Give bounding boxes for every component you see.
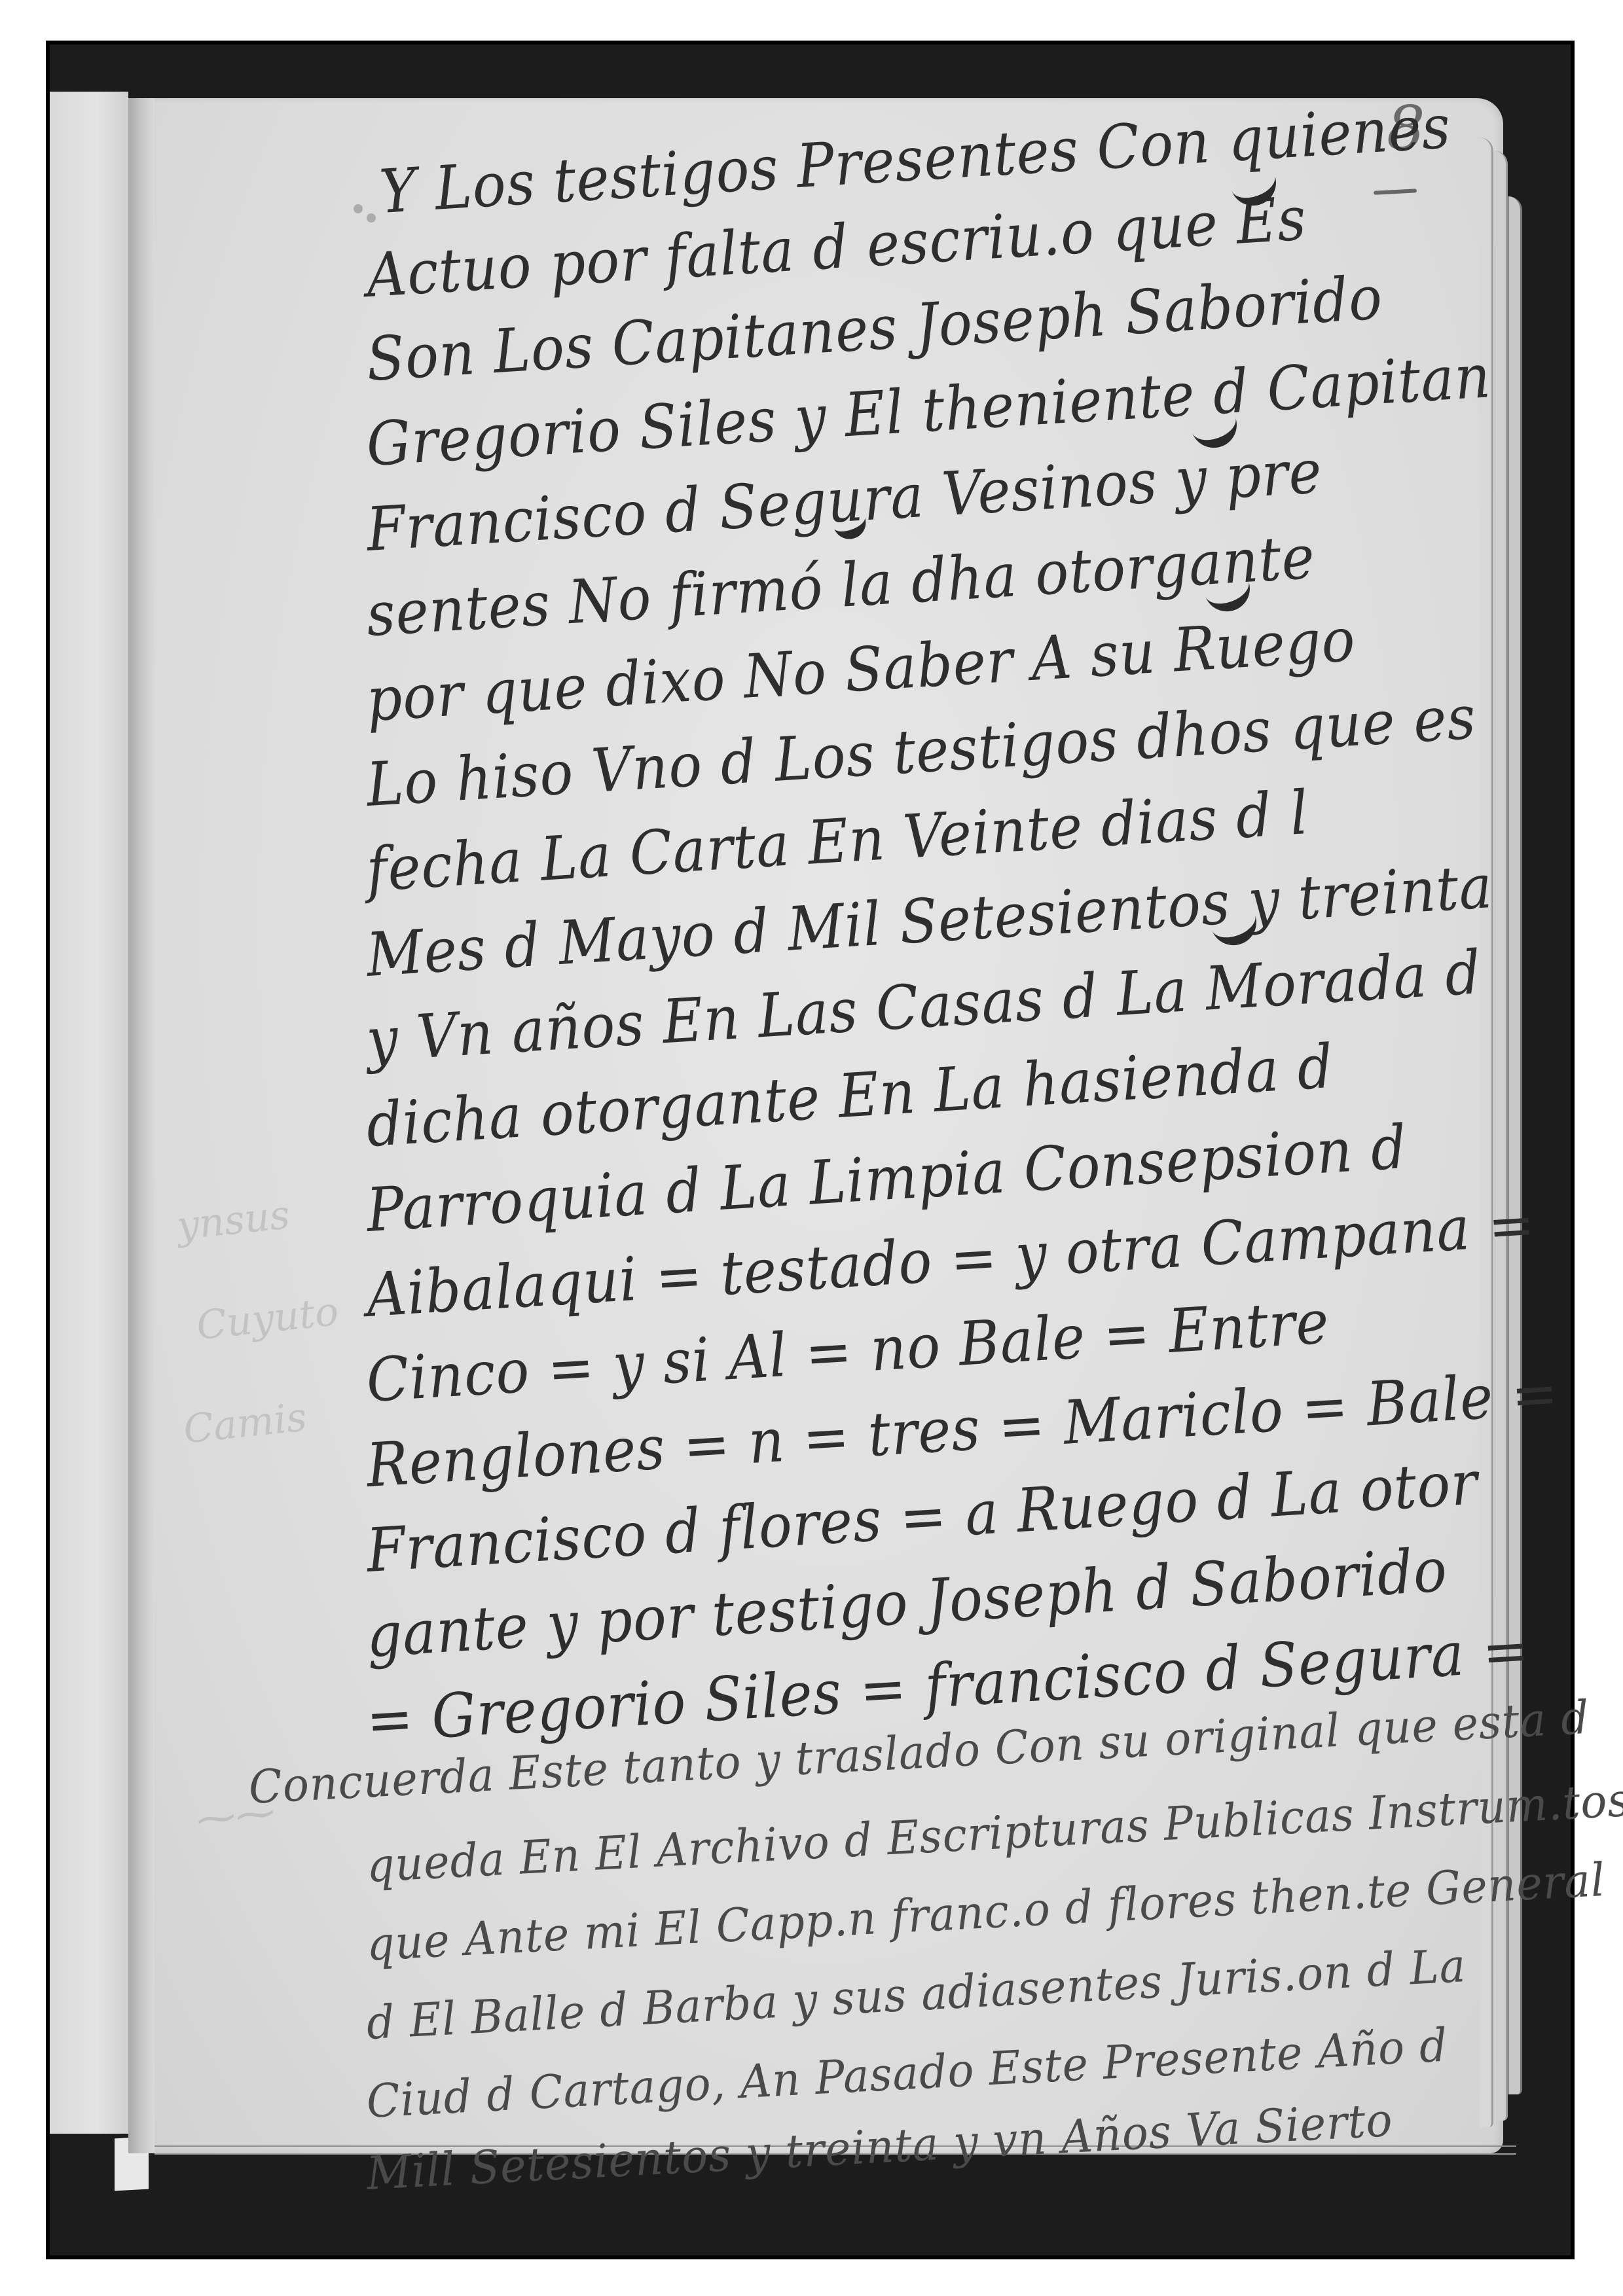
ink-blot <box>367 213 376 223</box>
ink-blot <box>354 204 363 213</box>
binding-gutter <box>128 98 155 2153</box>
facing-page-strip <box>50 92 128 2134</box>
